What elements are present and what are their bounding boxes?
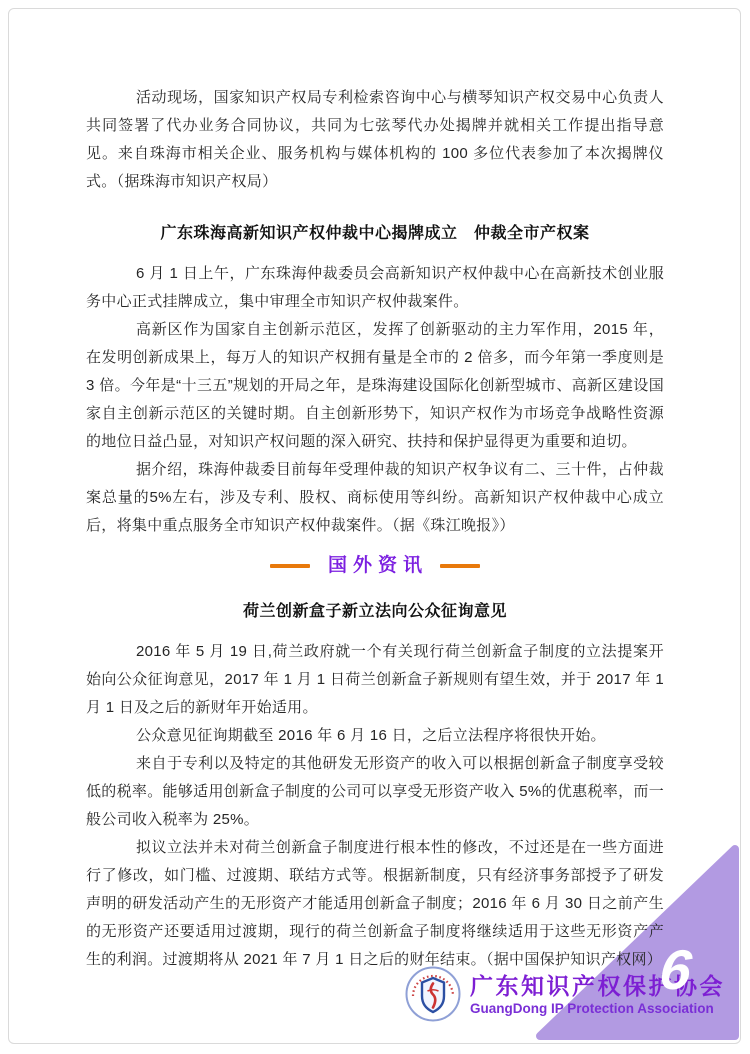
- orange-dash-right: [440, 564, 480, 568]
- article2-title: 荷兰创新盒子新立法向公众征询意见: [86, 600, 664, 624]
- orange-dash-left: [270, 564, 310, 568]
- association-logo-icon: [405, 966, 461, 1022]
- article2-paragraph-1: 2016 年 5 月 19 日,荷兰政府就一个有关现行荷兰创新盒子制度的立法提案…: [86, 638, 664, 722]
- article1-paragraph-2: 高新区作为国家自主创新示范区，发挥了创新驱动的主力军作用，2015 年，在发明创…: [86, 316, 664, 456]
- document-page: 6 活动现场，国家知识产权局专利检索咨询中心与横琴知识产权交易中心负责人共同签署…: [0, 0, 750, 1054]
- article1-paragraph-3: 据介绍，珠海仲裁委目前每年受理仲裁的知识产权争议有二、三十件，占仲裁案总量的5%…: [86, 456, 664, 540]
- article2-paragraph-3: 来自于专利以及特定的其他研发无形资产的收入可以根据创新盒子制度享受较低的税率。能…: [86, 750, 664, 834]
- article1-paragraph-1: 6 月 1 日上午，广东珠海仲裁委员会高新知识产权仲裁中心在高新技术创业服务中心…: [86, 260, 664, 316]
- document-content: 活动现场，国家知识产权局专利检索咨询中心与横琴知识产权交易中心负责人共同签署了代…: [86, 84, 664, 974]
- article1-title: 广东珠海高新知识产权仲裁中心揭牌成立 仲裁全市产权案: [86, 222, 664, 246]
- article2-paragraph-2: 公众意见征询期截至 2016 年 6 月 16 日，之后立法程序将很快开始。: [86, 722, 664, 750]
- org-name-english: GuangDong IP Protection Association: [470, 1000, 725, 1017]
- page-number: 6: [657, 942, 694, 998]
- section-header-label: 国外资讯: [322, 552, 428, 580]
- section-header-foreign-news: 国外资讯: [86, 552, 664, 580]
- article2-paragraph-4: 拟议立法并未对荷兰创新盒子制度进行根本性的修改，不过还是在一些方面进行了修改，如…: [86, 834, 664, 974]
- paragraph-closing-previous-article: 活动现场，国家知识产权局专利检索咨询中心与横琴知识产权交易中心负责人共同签署了代…: [86, 84, 664, 196]
